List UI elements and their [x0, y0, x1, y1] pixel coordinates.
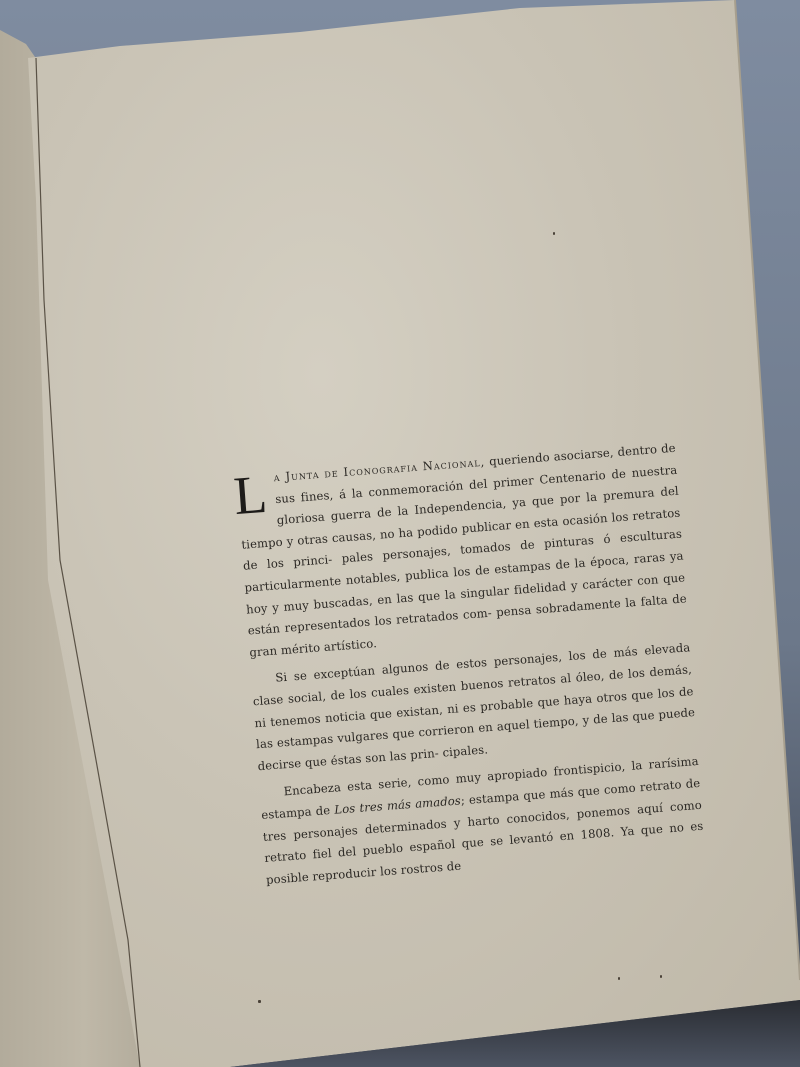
paper-speck: [553, 232, 555, 235]
paper-speck: [258, 1000, 261, 1003]
paper-speck: [618, 977, 620, 980]
italic-title: Los tres más amados: [334, 793, 461, 816]
printed-text-block: L a Junta de Iconografia Nacional, queri…: [236, 438, 706, 891]
paper-speck: [660, 975, 662, 978]
paragraph-1: L a Junta de Iconografia Nacional, queri…: [236, 438, 689, 664]
drop-cap: L: [232, 472, 268, 518]
